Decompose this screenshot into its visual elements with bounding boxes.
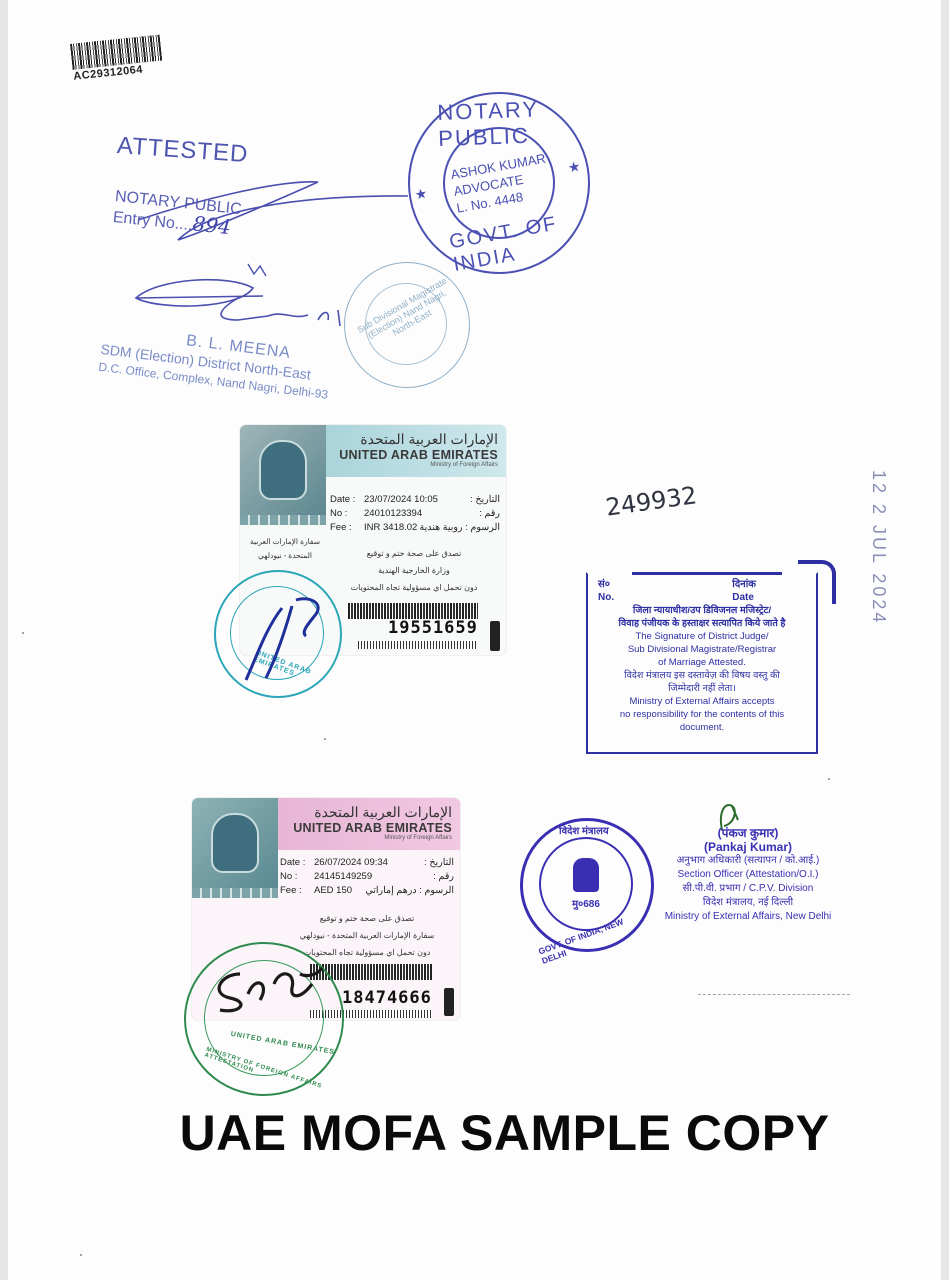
header-english: UNITED ARAB EMIRATES — [278, 821, 452, 835]
seal-center: मु०686 — [539, 837, 633, 931]
stamp-corner-mark — [798, 560, 836, 604]
officer-division: सी.पी.वी. प्रभाग / C.P.V. Division — [648, 882, 848, 896]
mea-round-seal: विदेश मंत्रालय GOVT. OF INDIA, NEW DELHI… — [520, 818, 654, 952]
document-title: UAE MOFA SAMPLE COPY — [8, 1104, 941, 1162]
document-page: AC29312064 ATTESTED NOTARY PUBLIC Entry … — [8, 0, 941, 1280]
stamp-line: document. — [588, 721, 816, 734]
attest-line-1: تصدق على صحة ختم و توقيع — [332, 545, 496, 562]
number-label-ar: رقم : — [479, 507, 500, 521]
attest-line-2: وزارة الخارجية الهندية — [332, 562, 496, 579]
handwritten-number: 249932 — [604, 481, 699, 521]
fee-value: AED 150 — [314, 884, 365, 898]
scan-speck — [22, 632, 24, 634]
star-icon: ★ — [413, 184, 430, 203]
header-sub: Ministry of Foreign Affairs — [278, 835, 452, 841]
attested-label: ATTESTED — [116, 132, 249, 169]
attest-line-2: سفارة الإمارات العربية المتحدة - نيودلهي — [284, 927, 450, 944]
mea-officer-block: (पंकज कुमार) (Pankaj Kumar) अनुभाग अधिका… — [648, 826, 848, 924]
number-value: 24010123394 — [364, 507, 479, 521]
uae-embassy-seal: UNITED ARAB EMIRATES — [214, 570, 342, 698]
date-label: Date : — [330, 493, 364, 507]
uae-emblem-icon — [240, 425, 326, 515]
fee-label-ar: الرسوم : درهم إماراتي — [365, 884, 454, 898]
attestation-text: تصدق على صحة ختم و توقيع وزارة الخارجية … — [332, 545, 496, 596]
signature-icon — [236, 588, 326, 688]
header-arabic: الإمارات العربية المتحدة — [278, 804, 452, 821]
divider-line — [698, 994, 850, 995]
stamp-border — [632, 572, 782, 575]
notary-public-stamp: NOTARY PUBLIC GOVT. OF INDIA ★ ★ ASHOK K… — [394, 78, 605, 289]
fee-label: Fee : — [280, 884, 314, 898]
signature-icon — [200, 954, 330, 1024]
date-value: 23/07/2024 10:05 — [364, 493, 470, 507]
sticker-header: الإمارات العربية المتحدة UNITED ARAB EMI… — [326, 425, 506, 477]
decorative-strip — [240, 515, 326, 525]
scan-speck — [828, 778, 830, 780]
date-value: 26/07/2024 09:34 — [314, 856, 424, 870]
sticker-fields: Date :23/07/2024 10:05التاريخ : No :2401… — [330, 493, 500, 535]
no-label-en: No. — [598, 591, 614, 604]
ministry-hi: विदेश मंत्रालय, नई दिल्ली — [648, 896, 848, 910]
date-label-ar: التاريخ : — [470, 493, 500, 507]
stamp-line: जिला न्यायाधीश/उप डिविजनल मजिस्ट्रेट/ — [588, 604, 816, 617]
officer-name-en: (Pankaj Kumar) — [648, 840, 848, 854]
uae-emblem-icon — [192, 798, 278, 888]
document-barcode: AC29312064 — [70, 35, 164, 83]
seal-top-text: विदेश मंत्रालय — [559, 823, 609, 837]
fee-value: INR 3418.02 — [364, 521, 420, 535]
stamp-line: जिम्मेदारी नहीं लेता। — [588, 682, 816, 695]
seal-number: मु०686 — [572, 896, 600, 910]
number-label: No : — [280, 870, 314, 884]
date-label-en: Date — [732, 591, 756, 604]
sticker-header: الإمارات العربية المتحدة UNITED ARAB EMI… — [278, 798, 460, 850]
decorative-strip — [192, 888, 278, 898]
mofa-attestation-seal: UNITED ARAB EMIRATES MINISTRY OF FOREIGN… — [184, 942, 344, 1096]
scan-speck — [80, 1254, 82, 1256]
date-label-ar: التاريخ : — [424, 856, 454, 870]
officer-role-en: Section Officer (Attestation/O.I.) — [648, 868, 848, 882]
no-date-row: सं०No. दिनांकDate — [588, 578, 816, 604]
officer-role-hi: अनुभाग अधिकारी (सत्यापन / को.आई.) — [648, 854, 848, 868]
star-icon: ★ — [566, 157, 583, 176]
sdm-round-seal: Sub Divisional Magistrate (Election) Nan… — [344, 262, 470, 388]
scan-speck — [324, 738, 326, 740]
ashoka-emblem-icon — [573, 858, 599, 892]
header-arabic: الإمارات العربية المتحدة — [326, 431, 498, 448]
fee-label: Fee : — [330, 521, 364, 535]
number-value: 24145149259 — [314, 870, 433, 884]
date-label-hi: दिनांक — [732, 578, 756, 591]
stamp-line: Sub Divisional Magistrate/Registrar — [588, 643, 816, 656]
mea-rectangular-stamp: सं०No. दिनांकDate जिला न्यायाधीश/उप डिवि… — [586, 572, 818, 754]
stamp-line: विवाह पंजीयक के हस्ताक्षर सत्यापित किये … — [588, 617, 816, 630]
ministry-en: Ministry of External Affairs, New Delhi — [648, 910, 848, 924]
sticker-barcode-small — [358, 641, 478, 649]
sticker-tab — [444, 988, 454, 1016]
fee-label-ar: الرسوم : روبية هندية — [420, 521, 500, 535]
officer-name-hi: (पंकज कुमार) — [648, 826, 848, 840]
number-label: No : — [330, 507, 364, 521]
stamp-line: The Signature of District Judge/ — [588, 630, 816, 643]
header-english: UNITED ARAB EMIRATES — [326, 448, 498, 462]
sticker-fields: Date :26/07/2024 09:34التاريخ : No :2414… — [280, 856, 454, 898]
notary-ring-top: NOTARY PUBLIC — [437, 95, 579, 152]
stamp-line: no responsibility for the contents of th… — [588, 708, 816, 721]
stamp-line: of Marriage Attested. — [588, 656, 816, 669]
header-sub: Ministry of Foreign Affairs — [326, 462, 498, 468]
embassy-arabic: سفارة الإمارات العربية المتحدة - نيودلهي — [244, 535, 326, 563]
date-label: Date : — [280, 856, 314, 870]
sticker-barcode — [348, 603, 478, 619]
sticker-serial: 19551659 — [388, 618, 478, 638]
stamp-line: विदेश मंत्रालय इस दस्तावेज़ की विषय वस्त… — [588, 669, 816, 682]
date-received-stamp: 12 2 JUL 2024 — [868, 470, 889, 625]
sticker-serial: 18474666 — [342, 988, 432, 1008]
attest-line-1: تصدق على صحة ختم و توقيع — [284, 910, 450, 927]
attest-line-3: دون تحمل اي مسؤولية تجاه المحتويات — [332, 579, 496, 596]
no-label-hi: सं० — [598, 578, 614, 591]
sticker-tab — [490, 621, 500, 651]
stamp-line: Ministry of External Affairs accepts — [588, 695, 816, 708]
number-label-ar: رقم : — [433, 870, 454, 884]
